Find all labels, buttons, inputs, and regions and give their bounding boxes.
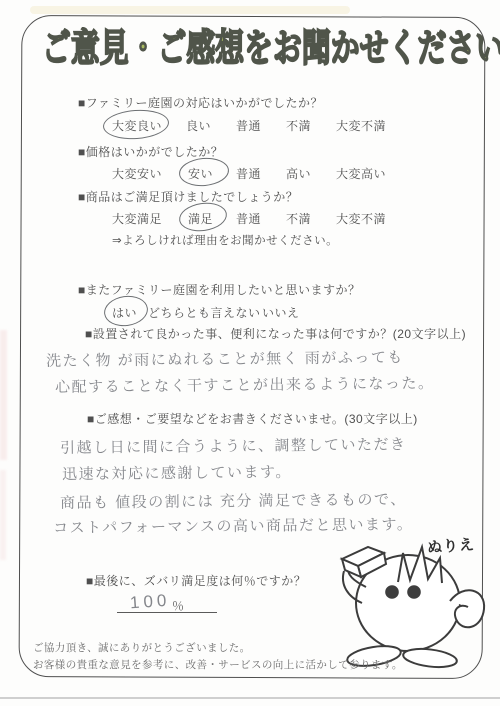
q6-handwritten-line-2: 迅速な対応に感謝しています。 bbox=[62, 461, 292, 484]
scanned-survey-page: ご意見・ご感想をお聞かせください ■ファミリー庭園の対応はいかがでしたか？ 大変… bbox=[0, 0, 500, 706]
footer-thanks-line: ご協力頂き、誠にありがとうございました。 bbox=[33, 640, 251, 655]
q2-option-very-cheap: 大変安い bbox=[112, 165, 162, 182]
scan-artifact-bottom-edge bbox=[0, 697, 500, 699]
q5-handwritten-line-2: 心配することなく干すことが出来るようになった。 bbox=[55, 372, 435, 397]
question-1-label: ■ファミリー庭園の対応はいかがでしたか？ bbox=[78, 94, 323, 111]
q1-option-very-dissatisfied: 大変不満 bbox=[336, 117, 386, 134]
q3-option-very-dissatisfied: 大変不満 bbox=[336, 210, 386, 227]
q6-handwritten-line-3: 商品も 値段の割には 充分 満足できるもので、 bbox=[60, 488, 407, 513]
q5-handwritten-line-1: 洗たく物 が雨にぬれることが無く 雨がふっても bbox=[46, 346, 404, 371]
question-6-label: ■ご感想・ご要望などをお書きくださいませ。(30文字以上) bbox=[87, 410, 418, 427]
q6-handwritten-line-4: コストパフォーマンスの高い商品だと思います。 bbox=[53, 513, 414, 538]
mascot-nurie-label: ぬりえ bbox=[426, 533, 475, 557]
scan-artifact-top bbox=[30, 6, 350, 14]
q1-option-good: 良い bbox=[186, 117, 211, 134]
q1-option-normal: 普通 bbox=[236, 117, 261, 134]
q1-option-dissatisfied: 不満 bbox=[286, 117, 311, 134]
footer-improvement-line: お客様の貴重な意見を参考に、改善・サービスの向上に活かして参ります。 bbox=[33, 657, 403, 672]
mascot-right-eye bbox=[407, 585, 421, 599]
scan-artifact-left-2 bbox=[0, 470, 6, 560]
q4-option-no: いいえ bbox=[262, 304, 300, 321]
question-7-label: ■最後に、ズバリ満足度は何％ですか？ bbox=[86, 572, 306, 589]
q2-option-very-expensive: 大変高い bbox=[336, 165, 386, 182]
q6-handwritten-line-1: 引越し日に間に合うように、調整していただき bbox=[60, 433, 407, 458]
question-3-label: ■商品はご満足頂けましたでしょうか？ bbox=[78, 188, 298, 205]
form-title: ご意見・ご感想をお聞かせください bbox=[42, 26, 376, 74]
q3-option-dissatisfied: 不満 bbox=[286, 210, 311, 227]
mascot-left-eye bbox=[385, 585, 399, 599]
q2-option-expensive: 高い bbox=[286, 165, 311, 182]
question-3-reason-note: ⇒よろしければ理由をお聞かせください。 bbox=[112, 232, 338, 248]
scan-artifact-left bbox=[0, 330, 7, 460]
q3-option-normal: 普通 bbox=[236, 210, 261, 227]
satisfaction-handwritten-value: 100 bbox=[129, 591, 171, 614]
q3-option-very-satisfied: 大変満足 bbox=[112, 210, 162, 227]
q2-option-normal: 普通 bbox=[236, 165, 261, 182]
satisfaction-percent-unit: ％ bbox=[172, 597, 184, 614]
q4-option-neither: どちらとも言えない bbox=[148, 304, 261, 321]
question-4-label: ■またファミリー庭園を利用したいと思いますか？ bbox=[78, 281, 361, 298]
question-5-label: ■設置されて良かった事、便利になった事は何ですか？(20文字以上) bbox=[85, 325, 466, 342]
mascot-right-foot bbox=[402, 646, 458, 669]
